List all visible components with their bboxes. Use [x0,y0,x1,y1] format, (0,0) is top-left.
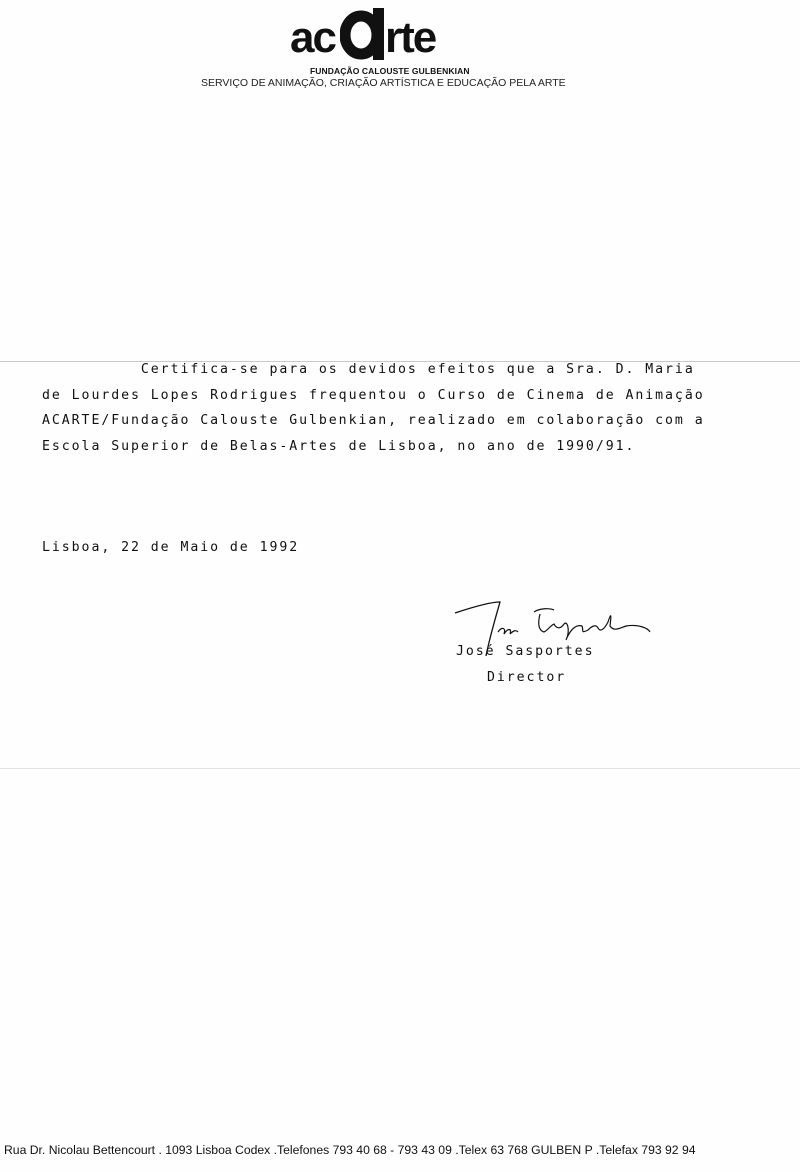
certificate-line-1: Certifica-se para os devidos efeitos que… [42,362,695,377]
logo-text-rte: rte [385,16,435,60]
letter-page: ac rte FUNDAÇÃO CALOUSTE GULBENKIAN SERV… [0,0,800,1172]
certificate-line-3: ACARTE/Fundação Calouste Gulbenkian, rea… [42,413,705,428]
paper-fold-line [0,768,800,769]
place-date: Lisboa, 22 de Maio de 1992 [42,540,299,555]
signatory-title: Director [487,670,566,685]
signatory-name: José Sasportes [456,644,594,659]
service-tagline: SERVIÇO DE ANIMAÇÃO, CRIAÇÃO ARTÍSTICA E… [201,77,566,89]
logo-text-ac: ac [290,16,335,60]
certificate-line-4: Escola Superior de Belas-Artes de Lisboa… [42,439,635,454]
logo-big-a-icon [340,4,386,60]
foundation-name: FUNDAÇÃO CALOUSTE GULBENKIAN [310,66,470,76]
acarte-logo: ac rte [290,4,470,64]
certificate-line-2: de Lourdes Lopes Rodrigues frequentou o … [42,388,705,403]
footer-address: Rua Dr. Nicolau Bettencourt . 1093 Lisbo… [4,1143,696,1157]
